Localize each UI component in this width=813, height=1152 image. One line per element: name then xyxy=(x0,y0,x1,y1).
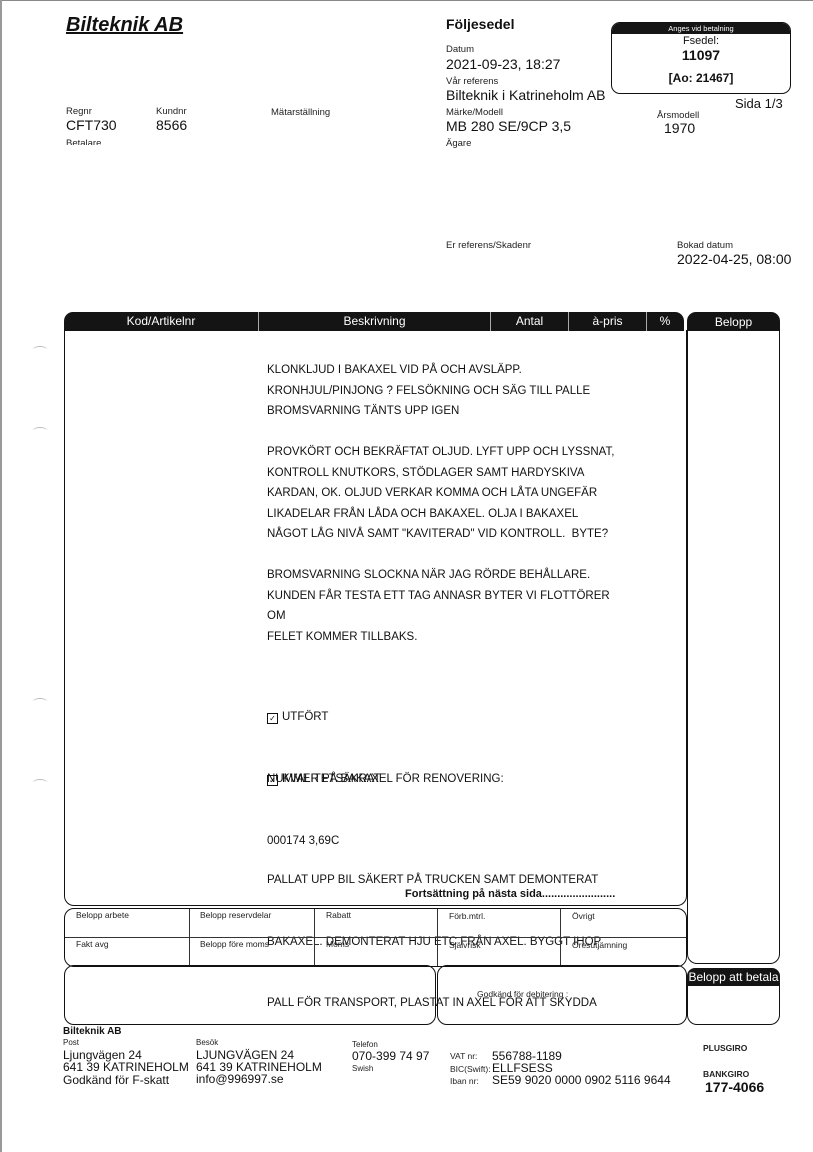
punch-hole-mark xyxy=(33,779,47,786)
betalare-label: Betalare xyxy=(66,138,101,145)
divider xyxy=(189,909,190,966)
swish-label: Swish xyxy=(352,1064,373,1073)
punch-hole-mark xyxy=(33,427,47,434)
column-header-belopp: Belopp xyxy=(687,312,780,331)
post-address-line: 641 39 KATRINEHOLM xyxy=(63,1061,189,1073)
forb-mtrl-label: Förb.mtrl. xyxy=(449,911,485,921)
punch-hole-mark xyxy=(33,698,47,705)
bankgiro-label: BANKGIRO xyxy=(703,1069,749,1079)
description-line: FELET KOMMER TILLBAKS. xyxy=(267,627,614,648)
matarstallning-label: Mätarställning xyxy=(271,107,330,118)
continuation-note: Fortsättning på nästa sida..............… xyxy=(405,888,615,900)
description-line xyxy=(267,422,614,443)
summary-grid: Belopp arbete Belopp reservdelar Rabatt … xyxy=(64,908,687,967)
belopp-arbete-label: Belopp arbete xyxy=(76,910,129,920)
description-line: BROMSVARNING SLOCKNA NÄR JAG RÖRDE BEHÅL… xyxy=(267,565,614,586)
punch-hole-mark xyxy=(33,346,47,353)
datum-label: Datum xyxy=(446,44,474,55)
checkbox-item-utfort: ✓UTFÖRT xyxy=(267,707,381,728)
notes-box xyxy=(64,965,436,1025)
fsedel-number: 11097 xyxy=(612,47,790,63)
regnr-label: Regnr xyxy=(66,106,92,117)
regnr-value: CFT730 xyxy=(66,117,117,133)
column-header-antal: Antal xyxy=(491,312,569,331)
fakt-avg-label: Fakt avg xyxy=(76,939,109,949)
description-line: NÅGOT LÅG NIVÅ SAMT "KAVITERAD" VID KONT… xyxy=(267,524,614,545)
var-referens-value: Bilteknik i Katrineholm AB xyxy=(446,87,606,103)
description-line xyxy=(267,545,614,566)
var-referens-label: Vår referens xyxy=(446,76,498,87)
checkbox-icon: ✓ xyxy=(267,713,278,724)
page-edge xyxy=(0,0,813,1)
description-line: KRONHJUL/PINJONG ? FELSÖKNING OCH SÄG TI… xyxy=(267,381,614,402)
fsedel-label: Fsedel: xyxy=(612,35,790,47)
description-line: LIKADELAR FRÅN LÅDA OCH BAKAXEL. OLJA I … xyxy=(267,504,614,525)
belopp-att-betala-header: Belopp att betala xyxy=(687,968,780,986)
divider xyxy=(437,909,438,966)
belopp-column xyxy=(687,330,780,964)
items-table-header: Kod/Artikelnr Beskrivning Antal à-pris % xyxy=(64,312,684,331)
description-line: OM xyxy=(267,606,614,627)
kundnr-label: Kundnr xyxy=(156,106,187,117)
ao-number: [Ao: 21467] xyxy=(612,71,790,85)
belopp-reservdelar-label: Belopp reservdelar xyxy=(200,910,271,920)
bankgiro-value: 177-4066 xyxy=(705,1079,764,1095)
sjalvrisk-label: Självrisk xyxy=(449,940,481,950)
post-label: Post xyxy=(63,1038,79,1047)
moms-label: Moms xyxy=(326,939,349,949)
checkbox-label: UTFÖRT xyxy=(282,711,328,723)
description-line: KARDAN, OK. OLJUD VERKAR KOMMA OCH LÅTA … xyxy=(267,483,614,504)
telefon-value: 070-399 74 97 xyxy=(352,1050,429,1062)
belopp-att-betala-box xyxy=(687,986,780,1025)
kundnr-value: 8566 xyxy=(156,117,187,133)
payment-reference-box: Anges vid betalning Fsedel: 11097 [Ao: 2… xyxy=(611,22,791,94)
vat-label: VAT nr: xyxy=(450,1051,477,1061)
agare-label: Ägare xyxy=(446,138,471,149)
document-title: Följesedel xyxy=(446,16,514,32)
divider xyxy=(560,909,561,966)
iban-value: SE59 9020 0000 0902 5116 9644 xyxy=(492,1074,671,1086)
marke-modell-label: Märke/Modell xyxy=(446,107,503,118)
marke-modell-value: MB 280 SE/9CP 3,5 xyxy=(446,118,571,134)
column-header-apris: à-pris xyxy=(569,312,647,331)
godkand-for-debitering-label: Godkänd för debitering : xyxy=(477,989,568,999)
bic-label: BIC(Swift): xyxy=(450,1064,491,1074)
column-header-kod: Kod/Artikelnr xyxy=(64,312,259,331)
oresutjamning-label: Öresutjämning xyxy=(572,940,627,950)
company-name: Bilteknik AB xyxy=(66,14,183,37)
besok-label: Besök xyxy=(196,1038,218,1047)
plusgiro-label: PLUSGIRO xyxy=(703,1043,747,1053)
column-header-beskrivning: Beskrivning xyxy=(259,312,491,331)
datum-value: 2021-09-23, 18:27 xyxy=(446,56,560,72)
description-line: KLONKLJUD I BAKAXEL VID PÅ OCH AVSLÄPP. xyxy=(267,360,614,381)
rabatt-label: Rabatt xyxy=(326,910,351,920)
description-line: BROMSVARNING TÄNTS UPP IGEN xyxy=(267,401,614,422)
ovrigt-label: Övrigt xyxy=(572,911,595,921)
footer-company: Bilteknik AB xyxy=(63,1026,122,1037)
description-line: KUNDEN FÅR TESTA ETT TAG ANNASR BYTER VI… xyxy=(267,586,614,607)
email-link[interactable]: info@996997.se xyxy=(196,1073,284,1085)
f-skatt-note: Godkänd för F-skatt xyxy=(63,1074,169,1086)
description-block: KLONKLJUD I BAKAXEL VID PÅ OCH AVSLÄPP.K… xyxy=(267,360,614,647)
description-line: KONTROLL KNUTKORS, STÖDLAGER SAMT HARDYS… xyxy=(267,463,614,484)
page-edge xyxy=(0,0,2,1152)
renovation-line: NUMMER PÅ BAKAXEL FÖR RENOVERING: xyxy=(267,769,504,790)
er-referens-label: Er referens/Skadenr xyxy=(446,240,531,251)
bokad-datum-value: 2022-04-25, 08:00 xyxy=(677,251,791,267)
page-indicator: Sida 1/3 xyxy=(735,96,783,111)
divider xyxy=(314,909,315,966)
bokad-datum-label: Bokad datum xyxy=(677,240,733,251)
description-line: PROVKÖRT OCH BEKRÄFTAT OLJUD. LYFT UPP O… xyxy=(267,442,614,463)
telefon-label: Telefon xyxy=(352,1040,378,1049)
column-header-percent: % xyxy=(647,312,683,331)
payment-box-title: Anges vid betalning xyxy=(612,23,790,34)
arsmodell-value: 1970 xyxy=(664,120,695,136)
iban-label: Iban nr: xyxy=(450,1076,479,1086)
belopp-fore-moms-label: Belopp före moms xyxy=(200,939,269,949)
divider xyxy=(65,937,686,938)
